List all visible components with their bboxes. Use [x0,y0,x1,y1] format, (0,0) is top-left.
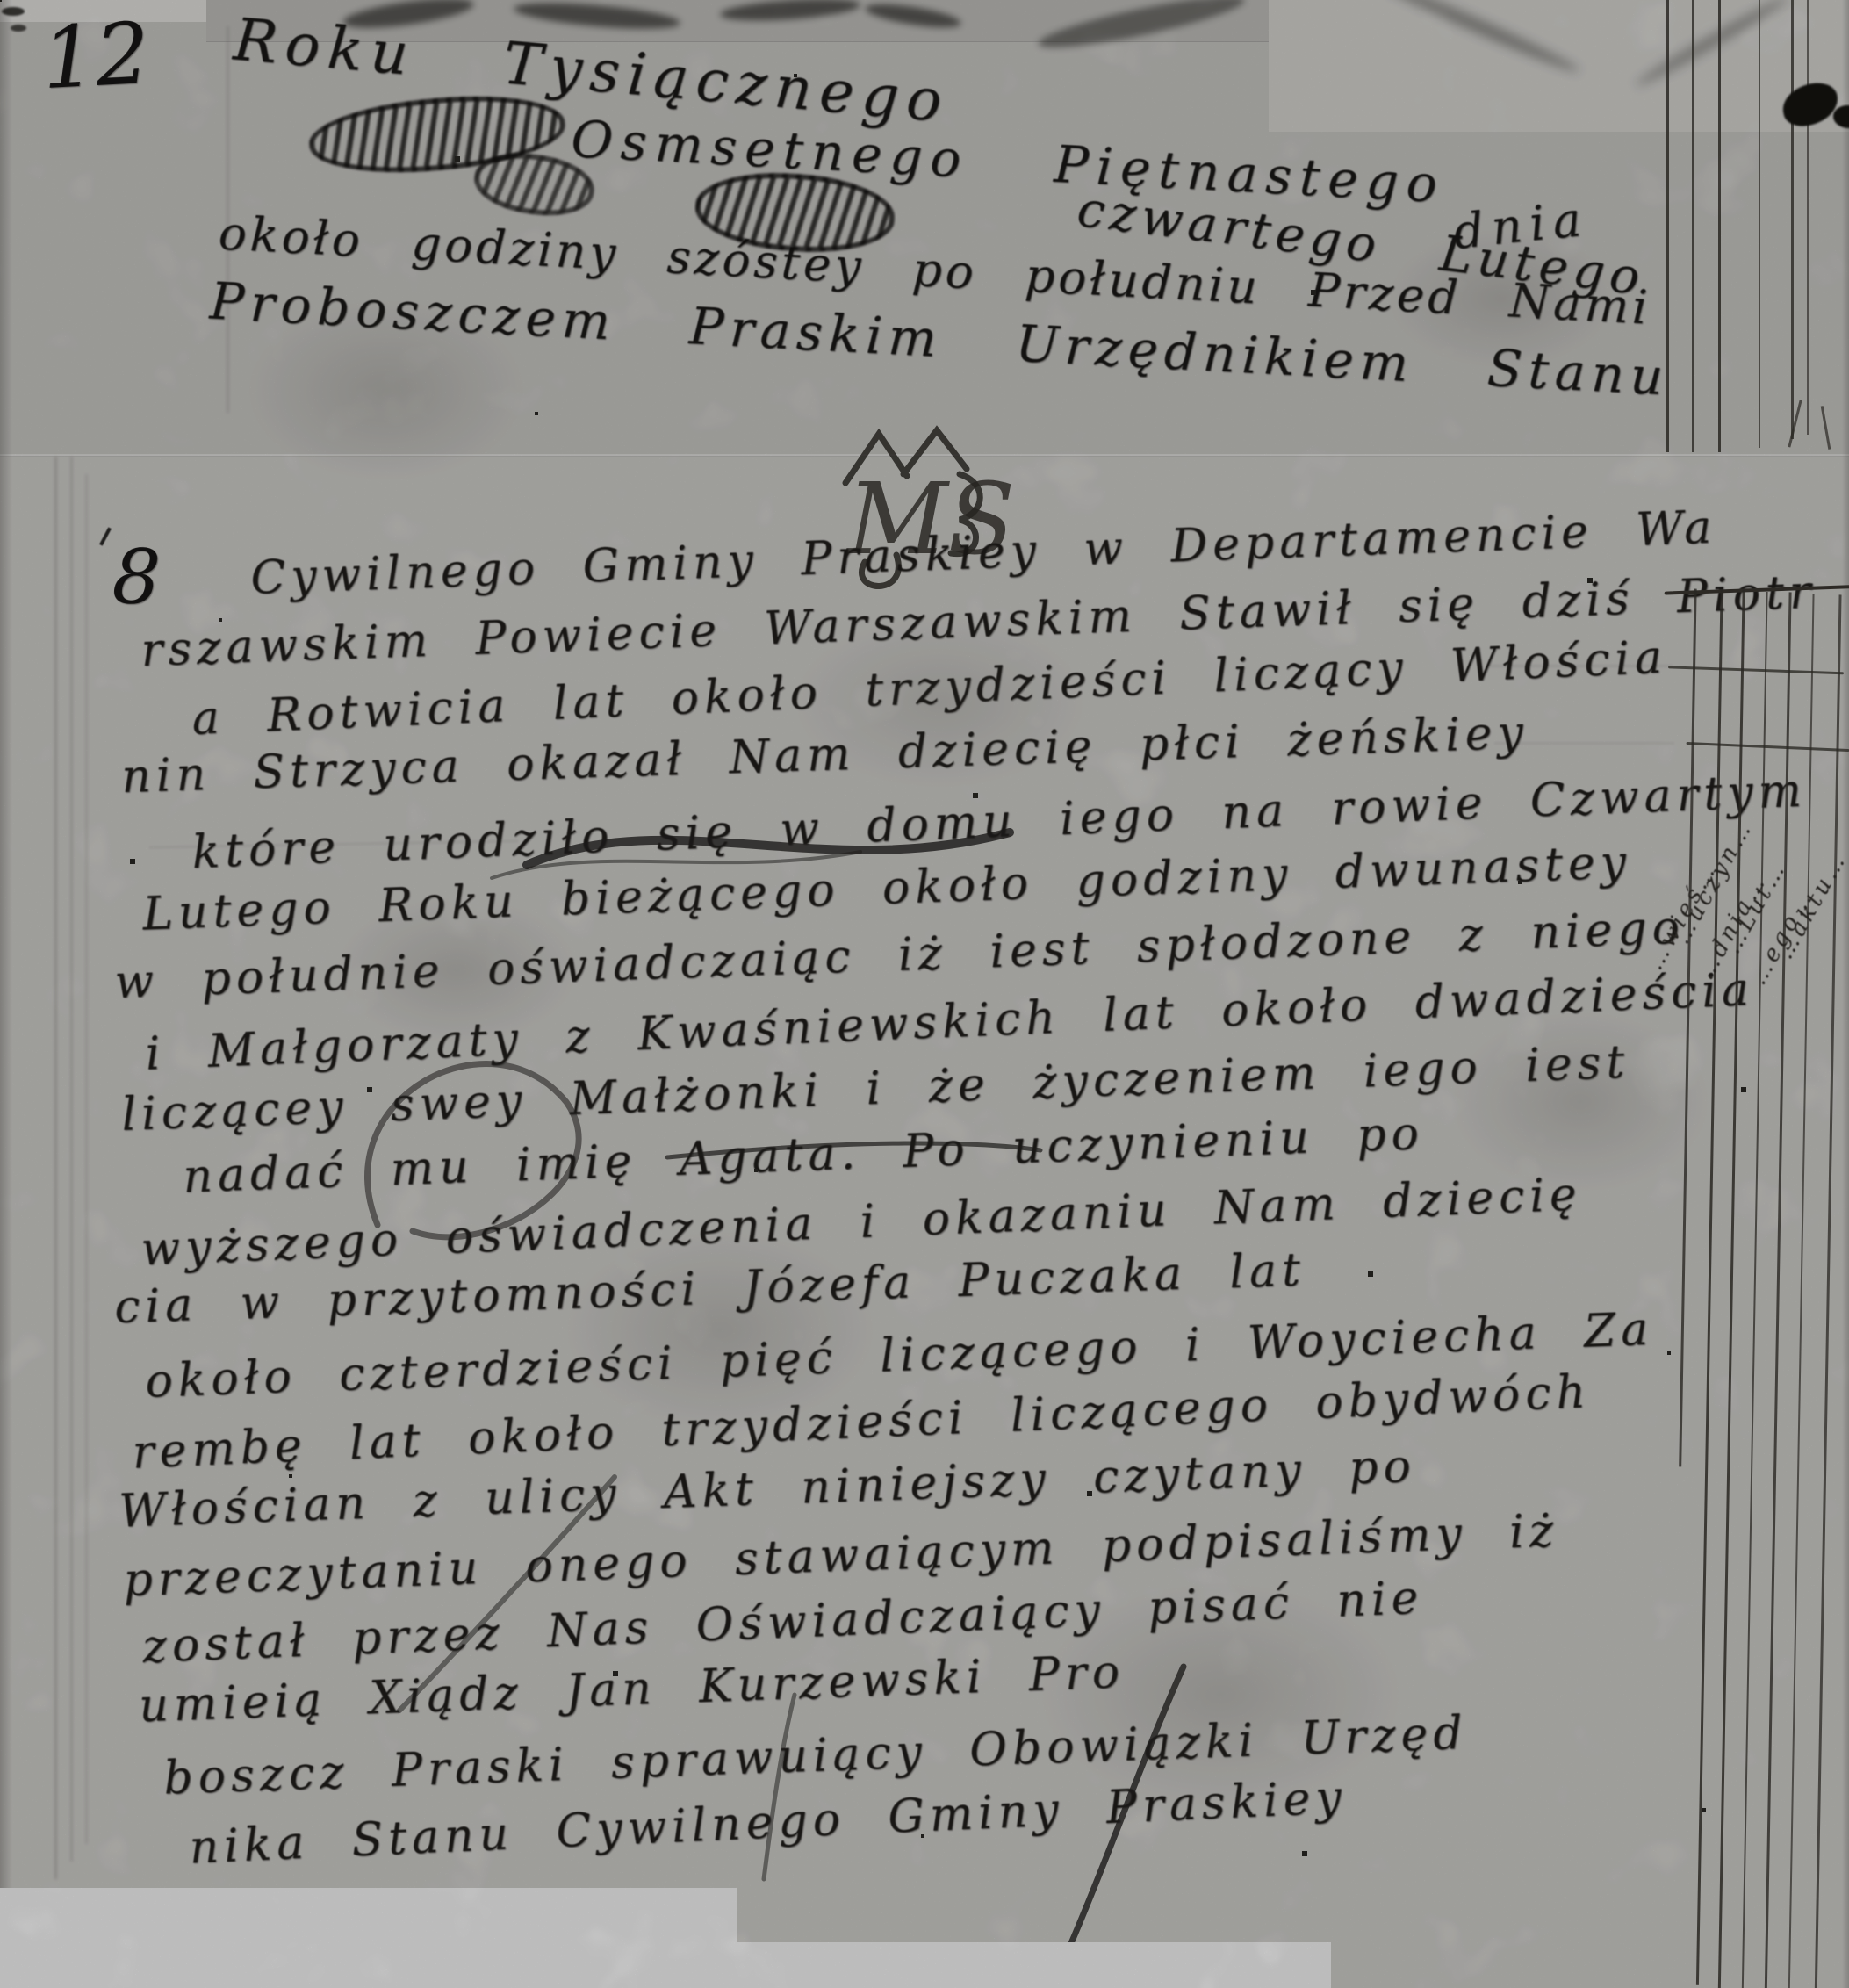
page-left-edge-shading [0,0,12,1988]
faint-rule-extension [1488,665,1673,667]
ruled-margin-columns: …wieś… …uczyn… …dnia… …Lut… …ego… …aktu… [1644,571,1849,1988]
margin-header-line [1665,585,1849,595]
faint-rule-extension [1494,742,1674,745]
scanned-register-page: 12 8 Roku Tysiącznego Osmsetnego Piętnas… [0,0,1849,1988]
ruled-line-tick [1821,406,1831,450]
ink-speck-edge [2,7,25,16]
ruled-column-line [1718,589,1745,1988]
entry-number-tick-mark [99,527,112,545]
ruled-line-tick [1788,400,1802,447]
scan-cutout-bottom-middle [737,1942,1331,1988]
ruled-column-line [1765,592,1792,1988]
ink-speck-edge [11,25,26,32]
ink-specks [0,0,2,2]
fragment-seam-shadow [0,456,1849,457]
ruled-column-line [1791,0,1794,439]
ruled-column-line [1692,0,1694,452]
entry-number-previous: 12 [40,4,152,108]
ruled-column-line [1742,592,1768,1988]
paper-crease [54,457,57,1879]
ruled-column-line [1696,589,1723,1985]
entry-number: 8 [111,533,162,623]
ruled-column-line [1679,589,1696,1467]
paper-crease [70,457,73,1862]
margin-rule-line [1687,742,1849,752]
ruled-column-line [1807,0,1809,435]
ruled-column-line [1788,594,1815,1988]
paper-crease [85,474,88,1844]
paper-crease [227,26,229,413]
ruled-column-line [1815,594,1842,1988]
ruled-column-line [1718,0,1721,452]
scan-cutout-bottom-left [0,1888,737,1988]
ruled-column-line [1666,0,1669,452]
ruled-column-line [1759,0,1760,448]
ruled-margin-columns-top [1662,0,1849,455]
